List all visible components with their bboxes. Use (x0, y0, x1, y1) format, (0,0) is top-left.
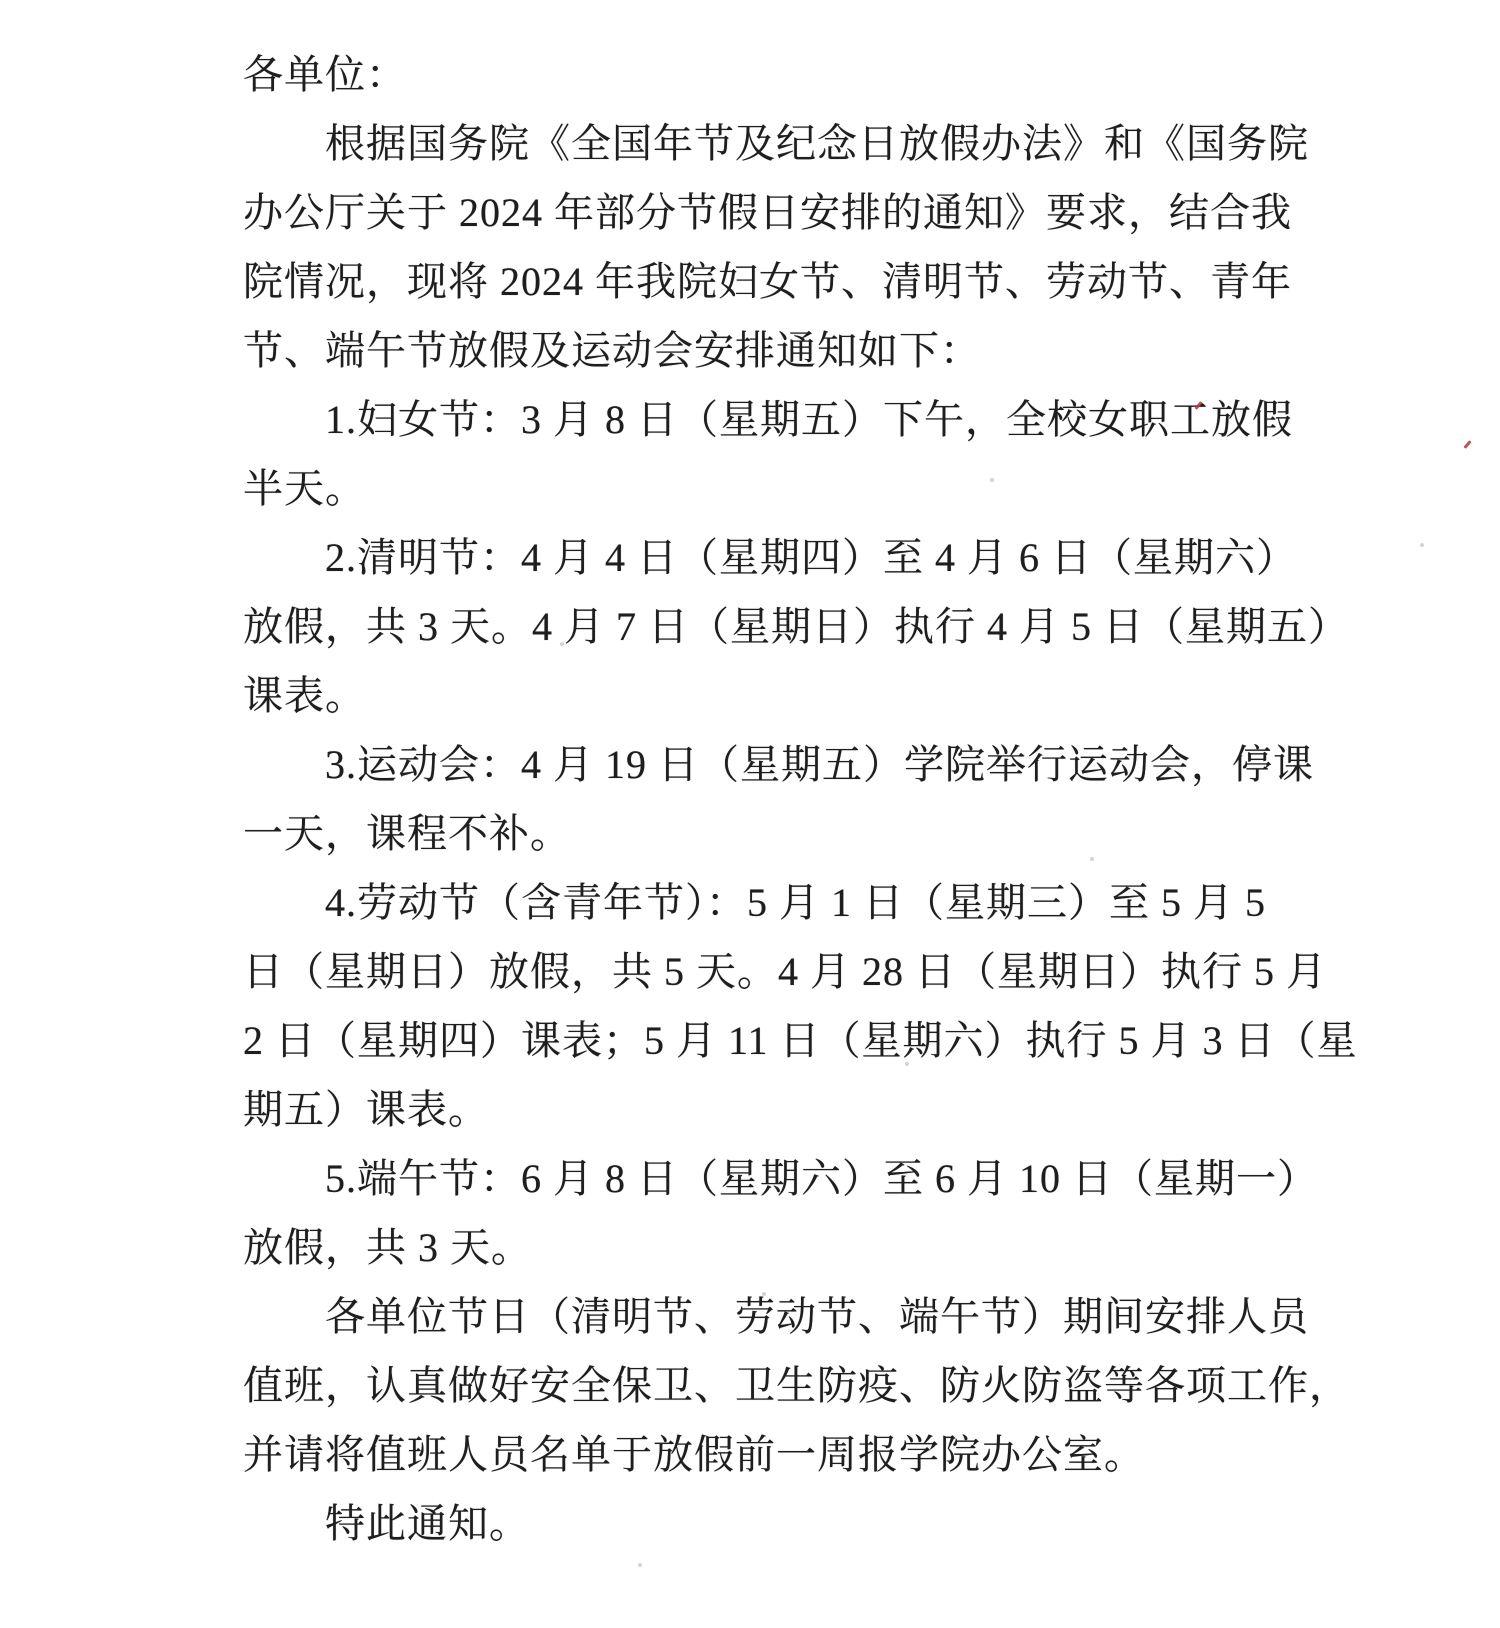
document-line: 2.清明节：4 月 4 日（星期四）至 4 月 6 日（星期六） (243, 523, 1273, 592)
document-line: 值班，认真做好安全保卫、卫生防疫、防火防盗等各项工作， (243, 1351, 1273, 1420)
document-line: 根据国务院《全国年节及纪念日放假办法》和《国务院 (243, 109, 1273, 178)
document-line: 3.运动会：4 月 19 日（星期五）学院举行运动会，停课 (243, 730, 1273, 799)
document-line: 放假，共 3 天。 (243, 1213, 1273, 1282)
document-line: 院情况，现将 2024 年我院妇女节、清明节、劳动节、青年 (243, 247, 1273, 316)
red-scan-speck (1463, 440, 1471, 449)
document-line: 课表。 (243, 661, 1273, 730)
document-line: 节、端午节放假及运动会安排通知如下： (243, 316, 1273, 385)
document-line: 半天。 (243, 454, 1273, 523)
document-line: 特此通知。 (243, 1489, 1273, 1558)
document-text: 各单位：根据国务院《全国年节及纪念日放假办法》和《国务院办公厅关于 2024 年… (243, 40, 1273, 1558)
document-line: 1.妇女节：3 月 8 日（星期五）下午，全校女职工放假 (243, 385, 1273, 454)
document-line: 5.端午节：6 月 8 日（星期六）至 6 月 10 日（星期一） (243, 1144, 1273, 1213)
document-line: 各单位节日（清明节、劳动节、端午节）期间安排人员 (243, 1282, 1273, 1351)
document-line: 办公厅关于 2024 年部分节假日安排的通知》要求，结合我 (243, 178, 1273, 247)
document-line: 4.劳动节（含青年节）：5 月 1 日（星期三）至 5 月 5 (243, 868, 1273, 937)
document-line: 期五）课表。 (243, 1075, 1273, 1144)
document-line: 各单位： (243, 40, 1273, 109)
document-line: 2 日（星期四）课表；5 月 11 日（星期六）执行 5 月 3 日（星 (243, 1006, 1273, 1075)
document-line: 并请将值班人员名单于放假前一周报学院办公室。 (243, 1420, 1273, 1489)
notice-document: 各单位：根据国务院《全国年节及纪念日放假办法》和《国务院办公厅关于 2024 年… (0, 0, 1500, 1628)
gray-scan-speck (638, 1563, 642, 1567)
gray-scan-speck (1420, 543, 1424, 547)
document-line: 放假，共 3 天。4 月 7 日（星期日）执行 4 月 5 日（星期五） (243, 592, 1273, 661)
document-line: 一天，课程不补。 (243, 799, 1273, 868)
document-line: 日（星期日）放假，共 5 天。4 月 28 日（星期日）执行 5 月 (243, 937, 1273, 1006)
